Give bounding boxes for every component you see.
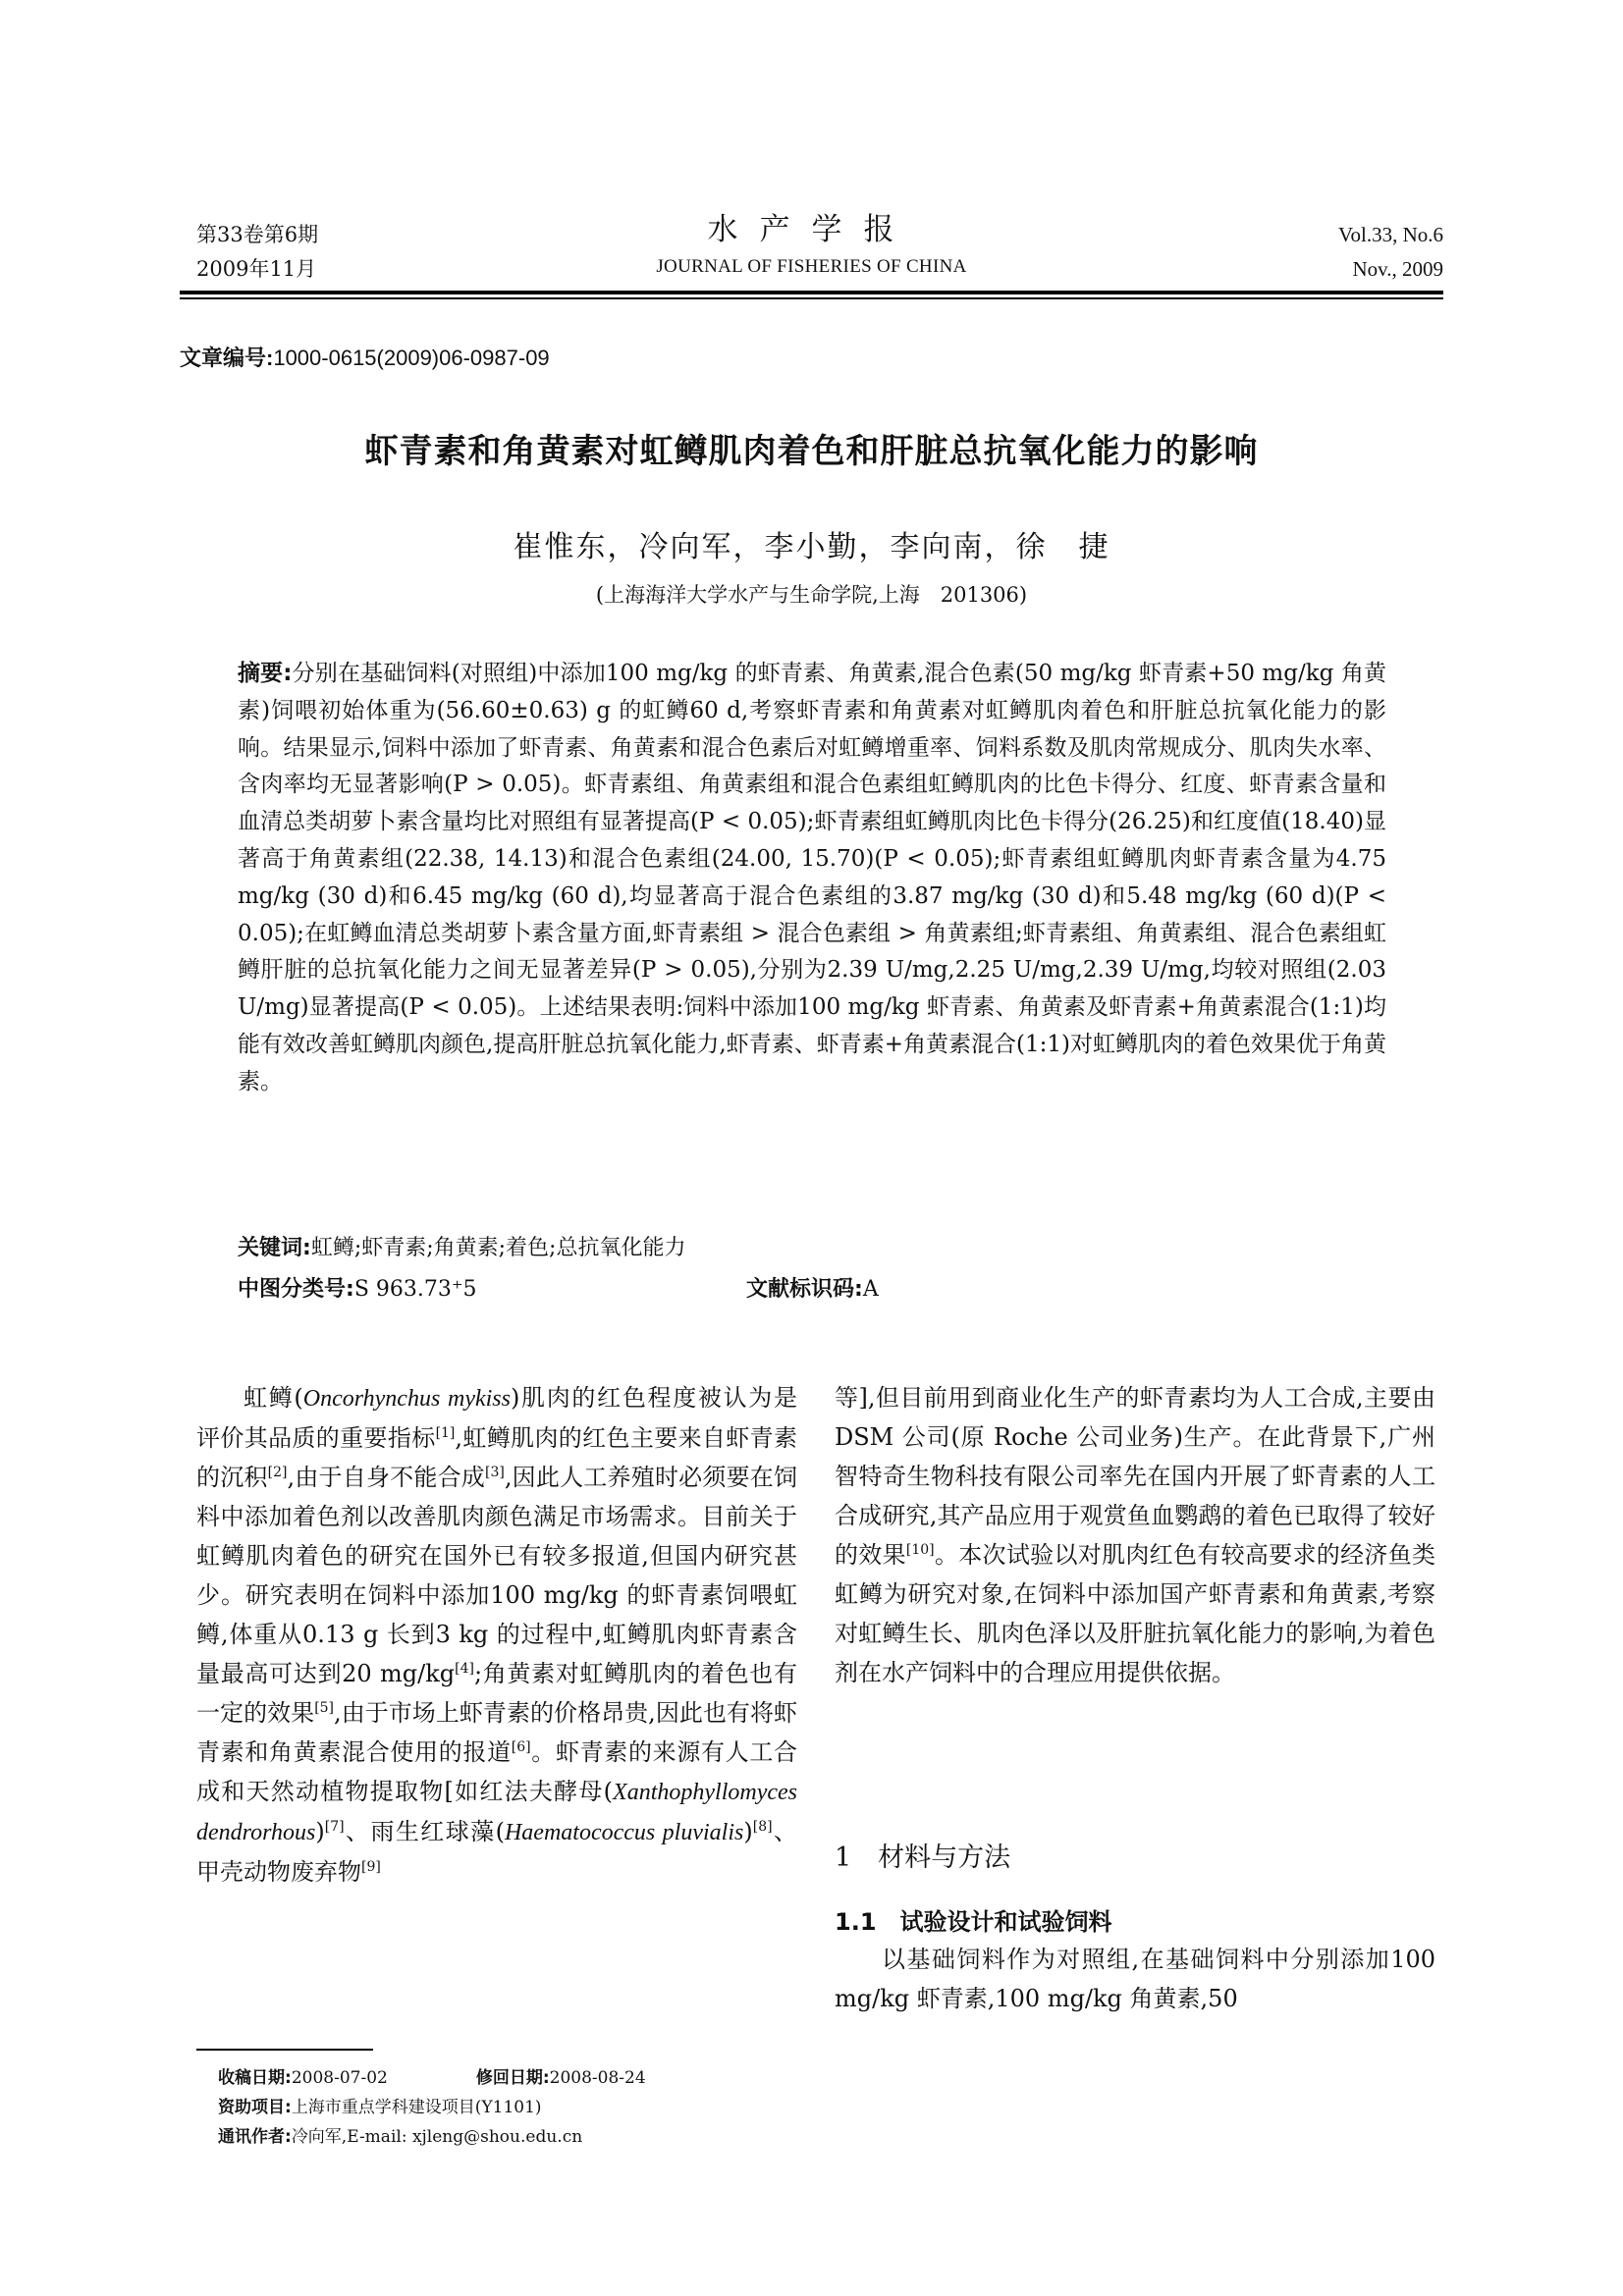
classification: 中图分类号:S 963.73⁺5 — [238, 1272, 476, 1303]
authors: 崔惟东，冷向军，李小勤，李向南，徐 捷 — [0, 522, 1623, 565]
intro-paragraph: 虹鳟(Oncorhynchus mykiss)肌肉的红色程度被认为是评价其品质的… — [196, 1378, 797, 1892]
citation-ref[interactable]: [5] — [314, 1700, 334, 1716]
species-name: Haematococcus pluvialis — [505, 1820, 743, 1845]
intro-paragraph-continued: 等],但目前用到商业化生产的虾青素均为人工合成,主要由 DSM 公司(原 Roc… — [835, 1378, 1435, 1692]
text-run: 、雨生红球藻( — [345, 1818, 505, 1845]
keywords: 关键词:虹鳟;虾青素;角黄素;着色;总抗氧化能力 — [238, 1231, 685, 1261]
citation-ref[interactable]: [8] — [753, 1819, 773, 1835]
text-run: 虹鳟( — [243, 1384, 303, 1412]
text-run: ) — [743, 1818, 752, 1845]
text-run: 。本次试验以对肌肉红色有较高要求的经济鱼类虹鳟为研究对象,在饲料中添加国产虾青素… — [835, 1541, 1435, 1686]
received-label: 收稿日期: — [218, 2068, 292, 2088]
header-rule-thick — [180, 291, 1443, 294]
citation-ref[interactable]: [9] — [361, 1859, 381, 1875]
abstract-text: 分别在基础饲料(对照组)中添加100 mg/kg 的虾青素、角黄素,混合色素(5… — [238, 661, 1386, 1095]
article-number-label: 文章编号: — [180, 346, 273, 370]
classification-label: 中图分类号: — [238, 1277, 354, 1302]
article-number: 文章编号:1000-0615(2009)06-0987-09 — [180, 342, 550, 372]
body-column-right: 等],但目前用到商业化生产的虾青素均为人工合成,主要由 DSM 公司(原 Roc… — [835, 1378, 1435, 1692]
footnote-dates: 收稿日期:2008-07-02修回日期:2008-08-24 — [218, 2063, 646, 2093]
citation-ref[interactable]: [6] — [512, 1739, 531, 1755]
section-1-1-paragraph: 以基础饲料作为对照组,在基础饲料中分别添加100 mg/kg 虾青素,100 m… — [835, 1940, 1435, 2018]
section-1-1-text: 以基础饲料作为对照组,在基础饲料中分别添加100 mg/kg 虾青素,100 m… — [835, 1940, 1435, 2018]
document-code: 文献标识码:A — [746, 1272, 879, 1303]
keywords-text: 虹鳟;虾青素;角黄素;着色;总抗氧化能力 — [311, 1236, 686, 1260]
footnote-funding: 资助项目:上海市重点学科建设项目(Y1101) — [218, 2093, 646, 2122]
citation-ref[interactable]: [7] — [325, 1819, 345, 1835]
abstract-label: 摘要: — [238, 661, 293, 686]
article-number-value: 1000-0615(2009)06-0987-09 — [273, 346, 549, 370]
citation-ref[interactable]: [4] — [455, 1661, 474, 1677]
paper-title: 虾青素和角黄素对虹鳟肌肉着色和肝脏总抗氧化能力的影响 — [0, 424, 1623, 472]
citation-ref[interactable]: [1] — [436, 1425, 456, 1441]
abstract: 摘要:分别在基础饲料(对照组)中添加100 mg/kg 的虾青素、角黄素,混合色… — [238, 656, 1386, 1101]
funding-text: 上海市重点学科建设项目(Y1101) — [292, 2098, 542, 2117]
footnote-corresponding: 通讯作者:冷向军,E-mail: xjleng@shou.edu.cn — [218, 2122, 646, 2152]
citation-ref[interactable]: [3] — [485, 1465, 505, 1480]
classification-text: S 963.73⁺5 — [354, 1277, 477, 1302]
header-volume-en: Vol.33, No.6 — [1338, 218, 1443, 252]
keywords-label: 关键词: — [238, 1236, 311, 1260]
text-run: ,由于自身不能合成 — [287, 1464, 485, 1491]
header-rule-thin — [180, 297, 1443, 299]
text-run: ) — [315, 1818, 324, 1845]
revised-label: 修回日期: — [476, 2068, 550, 2088]
corresponding-label: 通讯作者: — [218, 2127, 292, 2147]
section-heading-1: 1 材料与方法 — [835, 1836, 1010, 1874]
affiliation: (上海海洋大学水产与生命学院,上海 201306) — [0, 579, 1623, 609]
text-run: ,因此人工养殖时必须要在饲料中添加着色剂以改善肌肉颜色满足市场需求。目前关于虹鳟… — [196, 1464, 797, 1687]
document-code-text: A — [863, 1277, 879, 1302]
received-date: 2008-07-02 — [292, 2068, 388, 2088]
species-name: Oncorhynchus mykiss — [303, 1386, 511, 1412]
funding-label: 资助项目: — [218, 2098, 292, 2117]
revised-date: 2008-08-24 — [550, 2068, 646, 2088]
section-heading-1-1: 1.1 试验设计和试验饲料 — [835, 1902, 1112, 1937]
body-column-left: 虹鳟(Oncorhynchus mykiss)肌肉的红色程度被认为是评价其品质的… — [196, 1378, 797, 1892]
footnote-rule — [196, 2049, 373, 2051]
footnotes: 收稿日期:2008-07-02修回日期:2008-08-24 资助项目:上海市重… — [218, 2063, 646, 2152]
citation-ref[interactable]: [10] — [906, 1542, 935, 1558]
header-date-en: Nov., 2009 — [1338, 252, 1443, 287]
header-volume-date-en: Vol.33, No.6 Nov., 2009 — [1338, 218, 1443, 287]
document-code-label: 文献标识码: — [746, 1277, 863, 1302]
citation-ref[interactable]: [2] — [268, 1465, 288, 1480]
corresponding-text: 冷向军,E-mail: xjleng@shou.edu.cn — [292, 2127, 582, 2147]
